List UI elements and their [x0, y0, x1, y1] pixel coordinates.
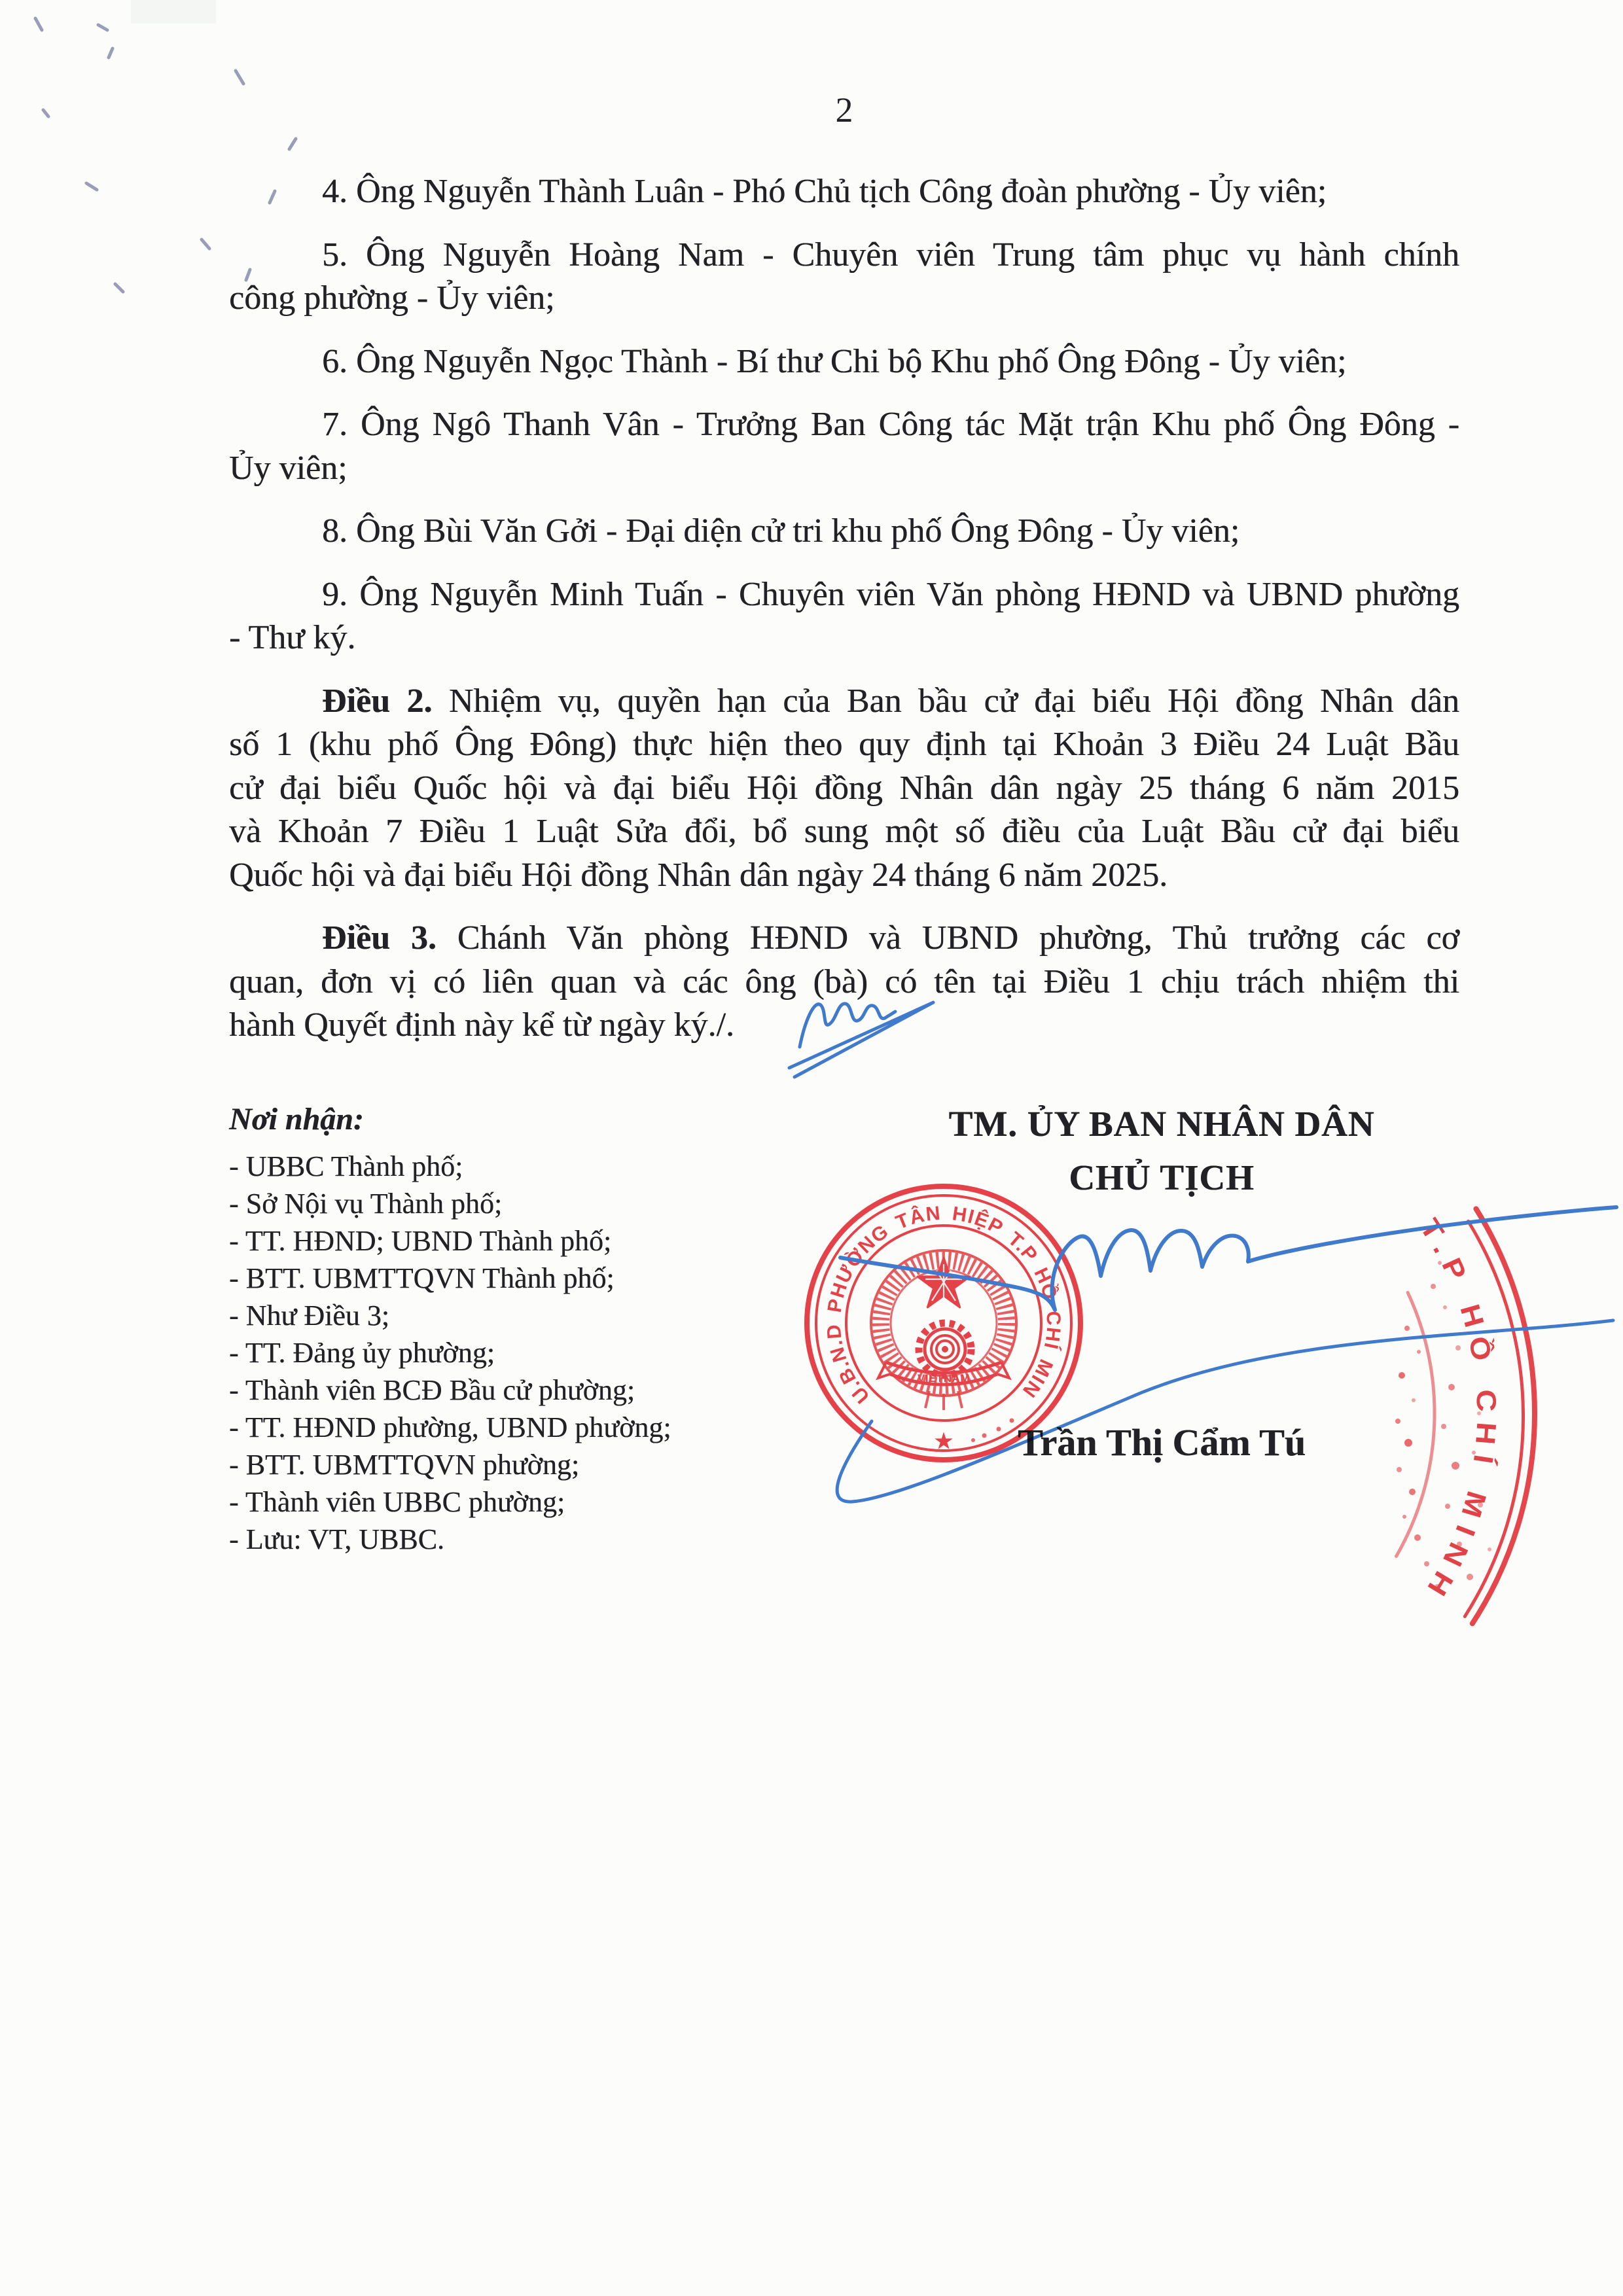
text-line: 6. Ông Nguyễn Ngọc Thành - Bí thư Chi bộ…: [229, 340, 1459, 384]
recipient-item: - Sở Nội vụ Thành phố;: [229, 1185, 883, 1222]
recipient-item: - Lưu: VT, UBBC.: [229, 1521, 883, 1558]
emblem-wreath: [881, 1260, 1007, 1386]
recipients-list: - UBBC Thành phố;- Sở Nội vụ Thành phố;-…: [229, 1148, 883, 1558]
paragraph-article-3: Điều 3. Chánh Văn phòng HĐND và UBND phư…: [229, 917, 1459, 1048]
text-line: Điều 2. Nhiệm vụ, quyền hạn của Ban bầu …: [229, 680, 1459, 724]
national-emblem-star-icon: [918, 1258, 970, 1307]
page-number: 2: [229, 90, 1459, 130]
recipient-item: - TT. HĐND phường, UBND phường;: [229, 1409, 883, 1446]
paragraph-member-6: 6. Ông Nguyễn Ngọc Thành - Bí thư Chi bộ…: [229, 340, 1459, 384]
signature-flourish: [840, 1207, 1616, 1310]
scan-artifact: [131, 0, 216, 24]
signer-name: Trần Thị Cẩm Tú: [883, 1421, 1440, 1464]
document-page: 2 4. Ông Nguyễn Thành Luân - Phó Chủ tịc…: [0, 0, 1623, 2296]
emblem-wreath-outer-edge: [871, 1250, 1016, 1396]
signing-authority: TM. ỦY BAN NHÂN DÂN: [883, 1103, 1440, 1145]
text-line: 9. Ông Nguyễn Minh Tuấn - Chuyên viên Vă…: [229, 573, 1459, 617]
partial-stamp-arc-text: T.P HỒ CHÍ MINH: [1414, 1213, 1503, 1610]
partial-stamp-outer-ring: [1472, 1209, 1535, 1623]
recipient-item: - TT. HĐND; UBND Thành phố;: [229, 1222, 883, 1260]
partial-stamp: T.P HỒ CHÍ MINH: [1395, 1209, 1535, 1623]
article-label: Điều 3.: [322, 919, 437, 957]
recipients-block: Nơi nhận: - UBBC Thành phố;- Sở Nội vụ T…: [229, 1101, 883, 1558]
text-line: 8. Ông Bùi Văn Gởi - Đại diện cử tri khu…: [229, 510, 1459, 554]
emblem-cog-icon: [919, 1323, 971, 1375]
recipient-item: - Như Điều 3;: [229, 1297, 883, 1334]
paragraph-member-4: 4. Ông Nguyễn Thành Luân - Phó Chủ tịch …: [229, 170, 1459, 214]
text-line: 5. Ông Nguyễn Hoàng Nam - Chuyên viên Tr…: [229, 234, 1459, 277]
recipient-item: - BTT. UBMTTQVN Thành phố;: [229, 1260, 883, 1297]
partial-stamp-middle-ring: [1465, 1222, 1523, 1617]
recipient-item: - BTT. UBMTTQVN phường;: [229, 1446, 883, 1483]
paragraph-member-9: 9. Ông Nguyễn Minh Tuấn - Chuyên viên Vă…: [229, 573, 1459, 660]
recipient-item: - Thành viên UBBC phường;: [229, 1483, 883, 1521]
emblem-banner-text: VIỆTNAM: [918, 1372, 970, 1385]
recipient-item: - TT. Đảng ủy phường;: [229, 1334, 883, 1371]
article-label: Điều 2.: [322, 682, 432, 720]
emblem-wreath-inner-edge: [891, 1270, 997, 1376]
paragraph-article-2: Điều 2. Nhiệm vụ, quyền hạn của Ban bầu …: [229, 680, 1459, 898]
text-line: và Khoản 7 Điều 1 Luật Sửa đổi, bổ sung …: [229, 810, 1459, 854]
text-line: cử đại biểu Quốc hội và đại biểu Hội đồn…: [229, 767, 1459, 811]
emblem-banner: VIỆTNAM: [878, 1362, 1009, 1410]
paragraph-member-8: 8. Ông Bùi Văn Gởi - Đại diện cử tri khu…: [229, 510, 1459, 554]
text-line: Điều 3. Chánh Văn phòng HĐND và UBND phư…: [229, 917, 1459, 961]
paragraph-member-5: 5. Ông Nguyễn Hoàng Nam - Chuyên viên Tr…: [229, 234, 1459, 321]
text-line: số 1 (khu phố Ông Đông) thực hiện theo q…: [229, 723, 1459, 767]
recipient-item: - UBBC Thành phố;: [229, 1148, 883, 1185]
text-line: quan, đơn vị có liên quan và các ông (bà…: [229, 961, 1459, 1004]
document-body: 4. Ông Nguyễn Thành Luân - Phó Chủ tịch …: [229, 170, 1459, 1048]
signer-title: CHỦ TỊCH: [883, 1157, 1440, 1199]
paragraph-member-7: 7. Ông Ngô Thanh Vân - Trưởng Ban Công t…: [229, 403, 1459, 490]
text-line: 7. Ông Ngô Thanh Vân - Trưởng Ban Công t…: [229, 403, 1459, 447]
signing-block: TM. ỦY BAN NHÂN DÂN CHỦ TỊCH: [883, 1103, 1440, 1199]
recipient-item: - Thành viên BCĐ Bầu cử phường;: [229, 1371, 883, 1409]
text-line: 4. Ông Nguyễn Thành Luân - Phó Chủ tịch …: [229, 170, 1459, 214]
recipients-header: Nơi nhận:: [229, 1101, 883, 1139]
signature-lower-stroke: [837, 1320, 1613, 1502]
